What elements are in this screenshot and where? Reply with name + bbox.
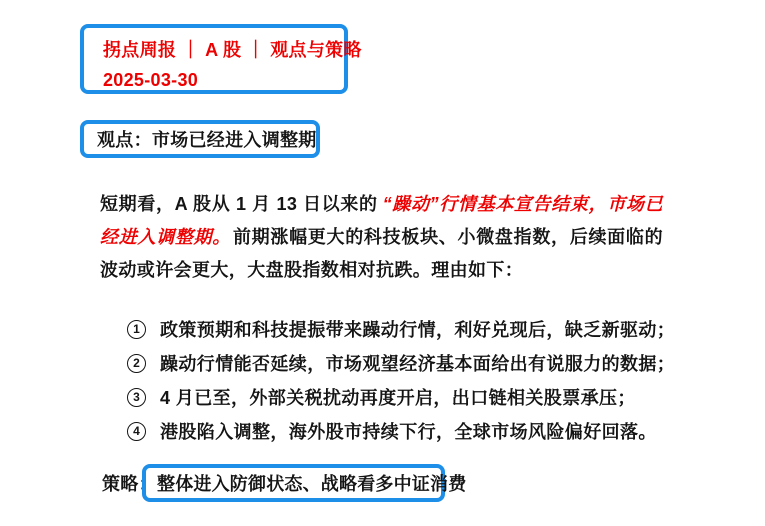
reason-text: 港股陷入调整，海外股市持续下行，全球市场风险偏好回落。 [160,418,657,444]
reason-item: 1 政策预期和科技提振带来躁动行情，利好兑现后，缺乏新驱动； [127,312,675,346]
reasons-list: 1 政策预期和科技提振带来躁动行情，利好兑现后，缺乏新驱动； 2 躁动行情能否延… [127,312,675,448]
reason-item: 4 港股陷入调整，海外股市持续下行，全球市场风险偏好回落。 [127,414,675,448]
viewpoint-text: 观点：市场已经进入调整期 [97,126,317,152]
reason-text: 躁动行情能否延续，市场观望经济基本面给出有说服力的数据； [160,350,675,376]
paragraph-lead: 短期看，A 股从 1 月 13 日以来的 [100,194,378,214]
reason-number-badge: 4 [127,422,146,441]
viewpoint-box: 观点：市场已经进入调整期 [80,120,320,158]
reason-item: 2 躁动行情能否延续，市场观望经济基本面给出有说服力的数据； [127,346,675,380]
report-header-box: 拐点周报 ｜ A 股 ｜ 观点与策略 2025-03-30 [80,24,348,94]
strategy-text: 整体进入防御状态、战略看多中证消费 [157,470,466,496]
reason-text: 政策预期和科技提振带来躁动行情，利好兑现后，缺乏新驱动； [160,316,675,342]
reason-number-badge: 3 [127,388,146,407]
reason-number-badge: 1 [127,320,146,339]
report-date: 2025-03-30 [103,65,344,95]
analysis-paragraph: 短期看，A 股从 1 月 13 日以来的“躁动”行情基本宣告结束，市场已经进入调… [100,188,663,287]
strategy-box: 整体进入防御状态、战略看多中证消费 [142,464,445,502]
reason-number-badge: 2 [127,354,146,373]
reason-text: 4 月已至，外部关税扰动再度开启，出口链相关股票承压； [160,384,636,410]
reason-item: 3 4 月已至，外部关税扰动再度开启，出口链相关股票承压； [127,380,675,414]
report-title: 拐点周报 ｜ A 股 ｜ 观点与策略 [103,35,344,65]
